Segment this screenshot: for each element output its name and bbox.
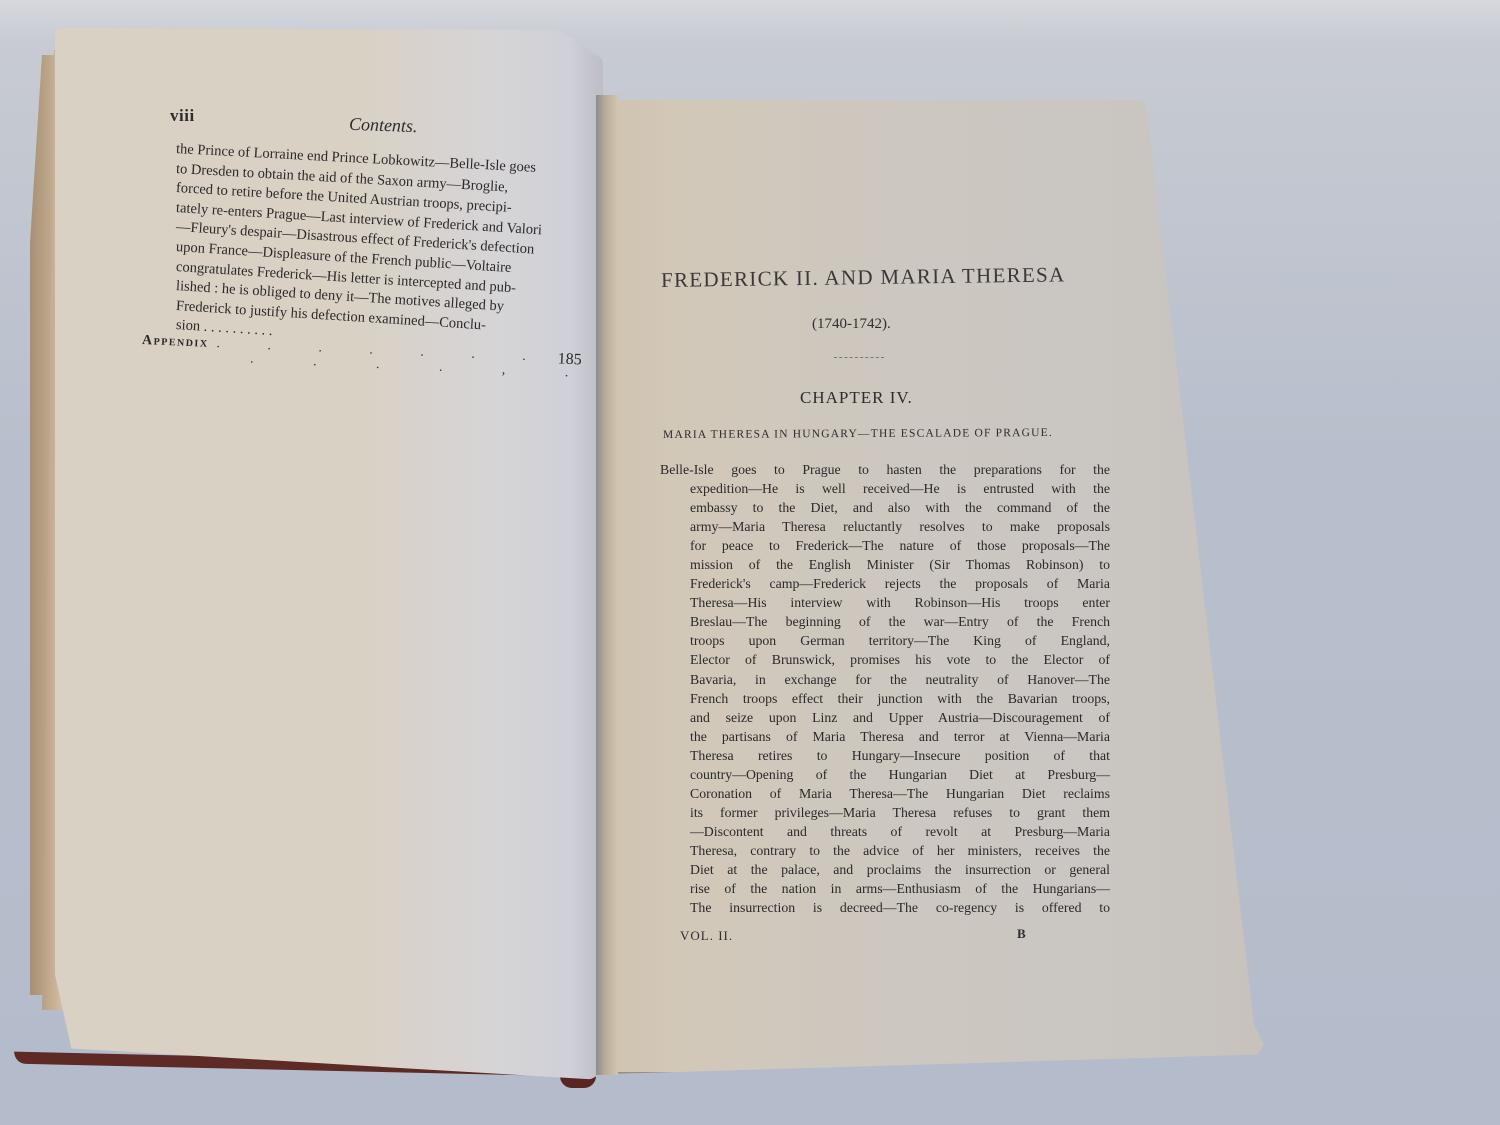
- chapter-heading: CHAPTER IV.: [800, 388, 913, 408]
- volume-signature: VOL. II.: [680, 928, 733, 944]
- synopsis-line: for peace to Frederick—The nature of tho…: [660, 536, 1110, 555]
- synopsis-line: Theresa—His interview with Robinson—His …: [660, 593, 1110, 612]
- synopsis-line: its former privileges—Maria Theresa refu…: [660, 803, 1110, 822]
- synopsis-line: —Discontent and threats of revolt at Pre…: [660, 822, 1110, 841]
- synopsis-line: Elector of Brunswick, promises his vote …: [660, 650, 1110, 669]
- synopsis-line: Belle-Isle goes to Prague to hasten the …: [660, 460, 1110, 479]
- photo-scene: viii Contents. the Prince of Lorraine en…: [0, 0, 1500, 1125]
- synopsis-line: the partisans of Maria Theresa and terro…: [660, 727, 1110, 746]
- synopsis-line: army—Maria Theresa reluctantly resolves …: [660, 517, 1110, 536]
- synopsis-line: expedition—He is well received—He is ent…: [660, 479, 1110, 498]
- synopsis-line: Breslau—The beginning of the war—Entry o…: [660, 612, 1110, 631]
- page-number: viii: [170, 106, 195, 126]
- synopsis-line: Bavaria, in exchange for the neutrality …: [660, 670, 1110, 689]
- synopsis-line: mission of the English Minister (Sir Tho…: [660, 555, 1110, 574]
- synopsis-line: rise of the nation in arms—Enthusiasm of…: [660, 879, 1110, 898]
- chapter-subtitle: MARIA THERESA IN HUNGARY—THE ESCALADE OF…: [663, 427, 1053, 441]
- synopsis-line: and seize upon Linz and Upper Austria—Di…: [660, 708, 1110, 727]
- synopsis-line: Diet at the palace, and proclaims the in…: [660, 860, 1110, 879]
- synopsis-line: French troops effect their junction with…: [660, 689, 1110, 708]
- synopsis-line: Theresa retires to Hungary—Insecure posi…: [660, 746, 1110, 765]
- synopsis-line: embassy to the Diet, and also with the c…: [660, 498, 1110, 517]
- synopsis-line: Frederick's camp—Frederick rejects the p…: [660, 574, 1110, 593]
- chapter-synopsis: Belle-Isle goes to Prague to hasten the …: [660, 460, 1110, 917]
- gathering-mark: B: [1017, 926, 1026, 942]
- ornament-rule: [834, 357, 884, 360]
- synopsis-line: country—Opening of the Hungarian Diet at…: [660, 765, 1110, 784]
- synopsis-line: The insurrection is decreed—The co-regen…: [660, 898, 1110, 917]
- book-gutter-shadow: [596, 95, 618, 1075]
- synopsis-line: troops upon German territory—The King of…: [660, 631, 1110, 650]
- contents-continuation: the Prince of Lorraine end Prince Lobkow…: [176, 140, 596, 336]
- book-dates: (1740-1742).: [812, 316, 891, 333]
- synopsis-line: Coronation of Maria Theresa—The Hungaria…: [660, 784, 1110, 803]
- synopsis-line: Theresa, contrary to the advice of her m…: [660, 841, 1110, 860]
- running-head: Contents.: [349, 114, 418, 137]
- toc-entry-label: Appendix: [142, 333, 209, 354]
